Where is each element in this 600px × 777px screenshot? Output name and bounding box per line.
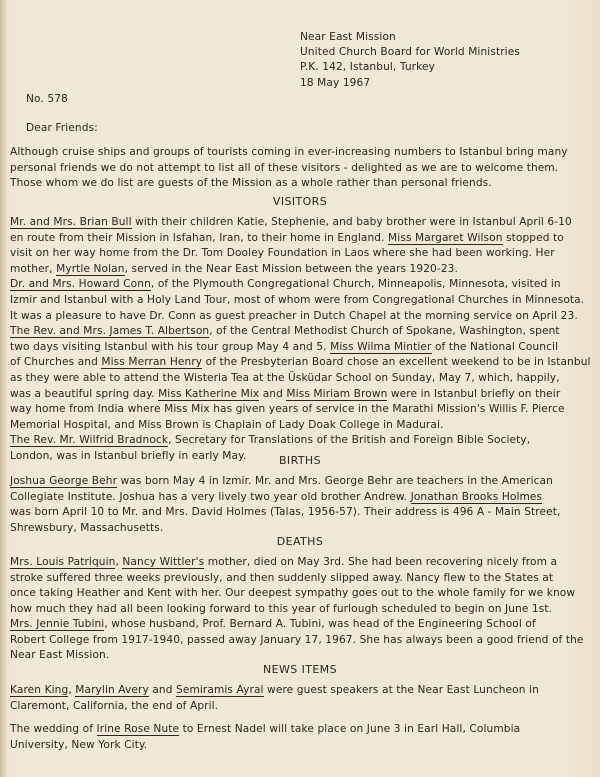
- text-line: Karen King, Marylin Avery and Semiramis …: [10, 683, 590, 699]
- underlined-name: Myrtle Nolan: [56, 263, 125, 276]
- underlined-name: Semiramis Ayral: [176, 684, 264, 697]
- letterhead-board: United Church Board for World Ministries: [300, 45, 520, 60]
- text-line: University, New York City.: [10, 738, 590, 754]
- line-text: of Churches and: [10, 356, 101, 368]
- line-text: , Secretary for Translations of the Brit…: [168, 434, 530, 446]
- text-line: how much they had all been looking forwa…: [10, 602, 590, 618]
- news-section: Karen King, Marylin Avery and Semiramis …: [10, 683, 590, 714]
- visitors-section: Mr. and Mrs. Brian Bull with their child…: [10, 215, 590, 465]
- underlined-name: The Rev. Mr. Wilfrid Bradnock: [10, 434, 168, 447]
- text-line: of Churches and Miss Merran Henry of the…: [10, 355, 590, 371]
- text-line: The Rev. and Mrs. James T. Albertson, of…: [10, 324, 590, 340]
- line-text: were in Istanbul briefly on their: [387, 388, 560, 400]
- underlined-name: Miss Katherine Mix: [158, 388, 259, 401]
- letter-page: Near East Mission United Church Board fo…: [0, 0, 600, 777]
- text-line: way home from India where Miss Mix has g…: [10, 402, 590, 418]
- intro-line: Those whom we do list are guests of the …: [10, 176, 590, 192]
- line-text: with their children Katie, Stephenie, an…: [132, 216, 572, 228]
- text-line: Mr. and Mrs. Brian Bull with their child…: [10, 215, 590, 231]
- underlined-name: Nancy Wittler's: [122, 556, 204, 569]
- underlined-name: Miss Miriam Brown: [286, 388, 387, 401]
- letterhead-address: P.K. 142, Istanbul, Turkey: [300, 60, 520, 75]
- line-text: of the Presbyterian Board chose an excel…: [202, 356, 590, 368]
- line-text: two days visiting Istanbul with his tour…: [10, 341, 330, 353]
- text-line: once taking Heather and Kent with her. O…: [10, 586, 590, 602]
- underlined-name: Miss Margaret Wilson: [388, 232, 503, 245]
- line-text: Collegiate Institute. Joshua has a very …: [10, 491, 411, 503]
- line-text: , of the Central Methodist Church of Spo…: [209, 325, 559, 337]
- text-line: It was a pleasure to have Dr. Conn as gu…: [10, 309, 590, 325]
- deaths-section: Mrs. Louis Patriquin, Nancy Wittler's mo…: [10, 555, 590, 617]
- heading-births: BIRTHS: [0, 453, 600, 469]
- text-line: Joshua George Behr was born May 4 in Izm…: [10, 474, 590, 490]
- intro-line: Although cruise ships and groups of tour…: [10, 145, 590, 161]
- text-line: was a beautiful spring day. Miss Katheri…: [10, 387, 590, 403]
- heading-news: NEWS ITEMS: [0, 662, 600, 678]
- heading-deaths: DEATHS: [0, 534, 600, 550]
- news-section-2: The wedding of Irine Rose Nute to Ernest…: [10, 722, 590, 753]
- line-text: and: [259, 388, 286, 400]
- underlined-name: Mrs. Louis Patriquin: [10, 556, 115, 569]
- line-text: was a beautiful spring day.: [10, 388, 158, 400]
- line-text: The wedding of: [10, 723, 97, 735]
- intro-paragraph: Although cruise ships and groups of tour…: [10, 145, 590, 192]
- line-text: and: [149, 684, 176, 696]
- underlined-name: Karen King: [10, 684, 68, 697]
- issue-number: No. 578: [26, 92, 68, 108]
- text-line: Izmir and Istanbul with a Holy Land Tour…: [10, 293, 590, 309]
- line-text: stopped to: [503, 232, 564, 244]
- underlined-name: The Rev. and Mrs. James T. Albertson: [10, 325, 209, 338]
- text-line: Dr. and Mrs. Howard Conn, of the Plymout…: [10, 277, 590, 293]
- line-text: , of the Plymouth Congregational Church,…: [151, 278, 561, 290]
- text-line: Collegiate Institute. Joshua has a very …: [10, 490, 590, 506]
- text-line: mother, Myrtle Nolan, served in the Near…: [10, 262, 590, 278]
- underlined-name: Dr. and Mrs. Howard Conn: [10, 278, 151, 291]
- intro-line: personal friends we do not attempt to li…: [10, 161, 590, 177]
- text-line: The wedding of Irine Rose Nute to Ernest…: [10, 722, 590, 738]
- underlined-name: Mrs. Jennie Tubini: [10, 618, 104, 631]
- letterhead: Near East Mission United Church Board fo…: [300, 30, 520, 91]
- deaths-section-2: Mrs. Jennie Tubini, whose husband, Prof.…: [10, 617, 590, 664]
- text-line: as they were able to attend the Wisteria…: [10, 371, 590, 387]
- text-line: stroke suffered three weeks previously, …: [10, 571, 590, 587]
- text-line: Claremont, California, the end of April.: [10, 699, 590, 715]
- text-line: Mrs. Louis Patriquin, Nancy Wittler's mo…: [10, 555, 590, 571]
- text-line: Mrs. Jennie Tubini, whose husband, Prof.…: [10, 617, 590, 633]
- line-text: mother,: [10, 263, 56, 275]
- page-binding-edge: [0, 0, 6, 777]
- text-line: visit on her way home from the Dr. Tom D…: [10, 246, 590, 262]
- text-line: Robert College from 1917-1940, passed aw…: [10, 633, 590, 649]
- text-line: two days visiting Istanbul with his tour…: [10, 340, 590, 356]
- heading-visitors: VISITORS: [0, 194, 600, 210]
- births-section: Joshua George Behr was born May 4 in Izm…: [10, 474, 590, 536]
- underlined-name: Miss Merran Henry: [101, 356, 202, 369]
- letterhead-org: Near East Mission: [300, 30, 520, 45]
- underlined-name: Joshua George Behr: [10, 475, 117, 488]
- line-text: of the National Council: [432, 341, 559, 353]
- line-text: were guest speakers at the Near East Lun…: [264, 684, 539, 696]
- text-line: Memorial Hospital, and Miss Brown is Cha…: [10, 418, 590, 434]
- salutation: Dear Friends:: [26, 121, 98, 137]
- underlined-name: Marylin Avery: [75, 684, 149, 697]
- underlined-name: Jonathan Brooks Holmes: [411, 491, 543, 504]
- line-text: to Ernest Nadel will take place on June …: [179, 723, 520, 735]
- underlined-name: Mr. and Mrs. Brian Bull: [10, 216, 132, 229]
- letterhead-date: 18 May 1967: [300, 76, 520, 91]
- underlined-name: Miss Wilma Mintier: [330, 341, 431, 354]
- text-line: was born April 10 to Mr. and Mrs. David …: [10, 505, 590, 521]
- line-text: , served in the Near East Mission betwee…: [125, 263, 458, 275]
- line-text: , whose husband, Prof. Bernard A. Tubini…: [104, 618, 535, 630]
- line-text: was born May 4 in Izmir. Mr. and Mrs. Ge…: [117, 475, 553, 487]
- line-text: mother, died on May 3rd. She had been re…: [204, 556, 557, 568]
- text-line: en route from their Mission in Isfahan, …: [10, 231, 590, 247]
- text-line: The Rev. Mr. Wilfrid Bradnock, Secretary…: [10, 433, 590, 449]
- underlined-name: Irine Rose Nute: [97, 723, 180, 736]
- line-text: en route from their Mission in Isfahan, …: [10, 232, 388, 244]
